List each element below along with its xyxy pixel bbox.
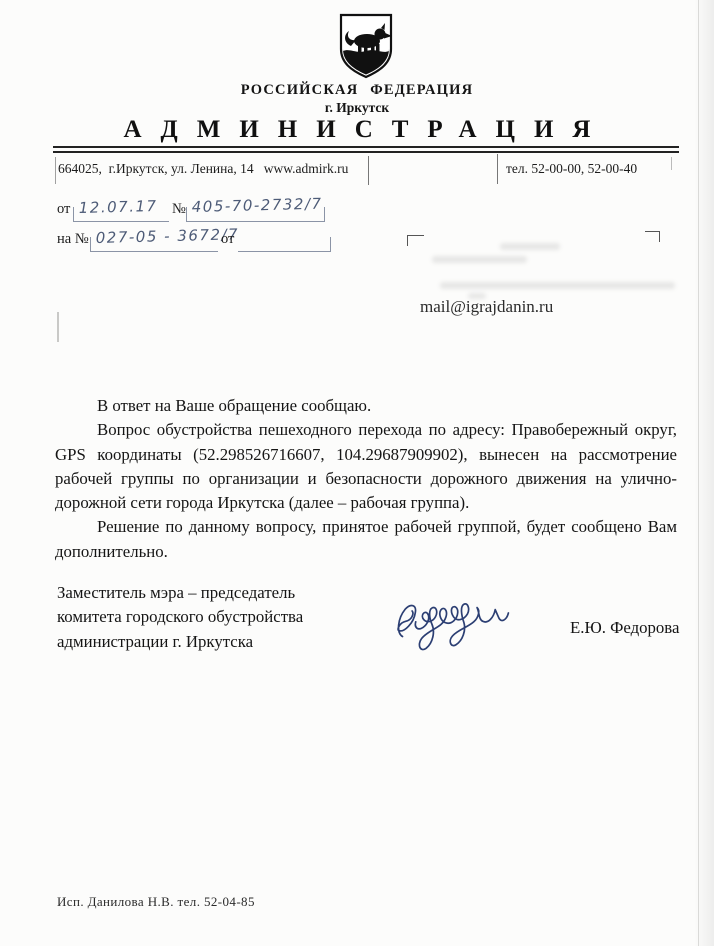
scanned-letter-page: РОССИЙСКАЯ ФЕДЕРАЦИЯ г. Иркутск АДМИНИСТ… xyxy=(0,0,714,946)
org-address: 664025, г.Иркутск, ул. Ленина, 14 www.ad… xyxy=(58,161,348,177)
letter-body: В ответ на Ваше обращение сообщаю. Вопро… xyxy=(55,394,677,564)
recipient-email: mail@igrajdanin.ru xyxy=(420,297,553,317)
irkutsk-coat-of-arms-icon xyxy=(338,13,394,79)
recipient-corner-mark-left xyxy=(407,235,424,246)
letterhead-separator xyxy=(368,156,369,185)
letterhead-separator xyxy=(497,154,498,184)
recipient-corner-mark-right xyxy=(645,231,660,242)
scan-artifact-tick xyxy=(57,312,59,342)
signer-name: Е.Ю. Федорова xyxy=(570,618,679,638)
number-label: № xyxy=(172,201,186,218)
letterhead-separator xyxy=(671,157,672,170)
redacted-text-smudge xyxy=(432,256,527,263)
handwritten-signature-icon xyxy=(386,587,515,665)
org-phone: тел. 52-00-00, 52-00-40 xyxy=(506,161,637,177)
body-paragraph: В ответ на Ваше обращение сообщаю. xyxy=(55,394,677,418)
reply-date-label: от xyxy=(221,231,234,248)
signer-position-line: администрации г. Иркутска xyxy=(57,630,303,654)
scan-edge-shadow xyxy=(694,0,714,946)
country-title: РОССИЙСКАЯ ФЕДЕРАЦИЯ xyxy=(0,82,714,99)
body-paragraph: Решение по данному вопросу, принятое раб… xyxy=(55,515,677,564)
city-title: г. Иркутск xyxy=(0,100,714,116)
body-paragraph: Вопрос обустройства пешеходного перехода… xyxy=(55,418,677,515)
signer-position-line: Заместитель мэра – председатель xyxy=(57,581,303,605)
scan-edge-line xyxy=(698,0,699,946)
letterhead-separator xyxy=(55,157,56,184)
signer-position-line: комитета городского обустройства xyxy=(57,605,303,629)
redacted-text-smudge xyxy=(500,243,560,250)
handwritten-date: 12.07.17 xyxy=(79,197,158,217)
header-divider xyxy=(53,146,679,153)
date-label: от xyxy=(57,201,70,218)
handwritten-number: 405-70-2732/7 xyxy=(192,195,323,216)
executor-note: Исп. Данилова Н.В. тел. 52-04-85 xyxy=(57,894,255,910)
redacted-text-smudge xyxy=(440,282,675,289)
reply-number-label: на № xyxy=(57,231,89,248)
organization-title: АДМИНИСТРАЦИЯ xyxy=(0,116,714,144)
signer-position-block: Заместитель мэра – председатель комитета… xyxy=(57,581,303,654)
reply-date-underline xyxy=(238,237,331,252)
handwritten-reply-number: 027-05 - 3672/7 xyxy=(96,225,240,247)
